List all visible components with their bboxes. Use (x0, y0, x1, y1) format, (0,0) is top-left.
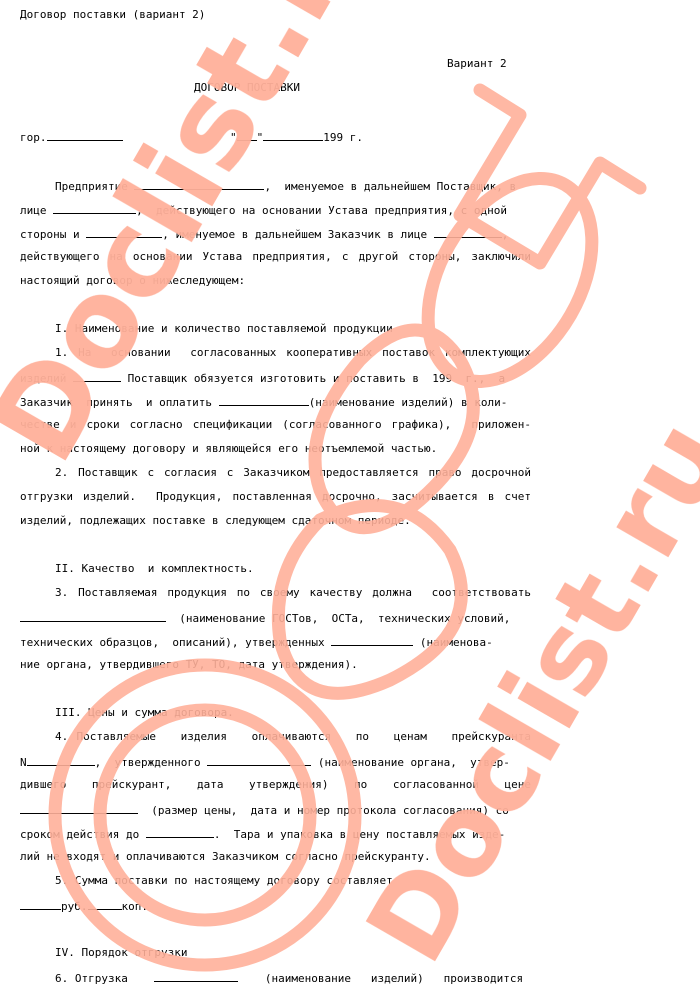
clause-2-line-3: изделий, подлежащих поставке в следующем… (20, 514, 411, 528)
preamble-line-2: лице , действующего на основании Устава … (20, 202, 531, 216)
clause-5-line-1: 5. Сумма поставки по настоящему договору… (55, 874, 393, 888)
document-heading: ДОГОВОР ПОСТАВКИ (194, 81, 300, 95)
preamble-line-5: настоящий договор о нижеследующем: (20, 274, 245, 288)
preamble-line-4: действующего на основании Устава предпри… (20, 250, 531, 264)
customer-rep-blank[interactable] (434, 226, 502, 238)
pricelist-number-blank[interactable] (27, 754, 95, 766)
supplier-name-blank[interactable] (134, 178, 264, 190)
month-blank[interactable] (263, 129, 323, 141)
clause-4-line-2: N, утвержденного (наименование органа, у… (20, 754, 531, 768)
customer-name-blank[interactable] (86, 226, 162, 238)
clause-2-line-2: отгрузки изделий. Продукция, поставленна… (20, 490, 531, 504)
clause-4-line-4: (размер цены, дата и номер протокола сог… (20, 802, 531, 816)
agreed-price-blank[interactable] (20, 802, 138, 814)
kopecks-blank[interactable] (88, 898, 122, 910)
rubles-blank[interactable] (20, 898, 61, 910)
preamble-line-1: Предприятие , именуемое в дальнейшем Пос… (55, 178, 531, 192)
clause-4-line-3: дившего прейскурант, дата утверждения) п… (20, 778, 531, 792)
shipment-items-blank[interactable] (154, 970, 238, 982)
clause-1-line-4: честве и сроки согласно спецификации (со… (20, 418, 531, 432)
items-name-blank[interactable] (219, 394, 309, 406)
clause-1-line-5: ной к настоящему договору и являющейся е… (20, 442, 437, 456)
clause-1-line-3: Заказчик принять и оплатить (наименовани… (20, 394, 531, 408)
clause-1-line-1: 1. На основании согласованных кооператив… (55, 346, 531, 360)
section-2-title: II. Качество и комплектность. (55, 562, 254, 576)
clause-3-line-1: 3. Поставляемая продукция по своему каче… (55, 586, 531, 600)
date-line: ""199 г. (230, 129, 363, 143)
clause-3-line-2: (наименование ГОСТов, ОСТа, технических … (20, 610, 531, 624)
city-date-line: гор. (20, 129, 123, 143)
file-title: Договор поставки (вариант 2) (20, 8, 205, 22)
pricelist-approver-blank[interactable] (207, 754, 311, 766)
preamble-line-3: стороны и , именуемое в дальнейшем Заказ… (20, 226, 531, 240)
section-4-title: IV. Порядок отгрузки (55, 946, 187, 960)
clause-4-line-1: 4. Поставляемые изделия оплачиваются по … (55, 730, 531, 744)
clause-3-line-4: ние органа, утвердившего ТУ, ТО, дата ут… (20, 658, 358, 672)
approver-blank[interactable] (331, 634, 413, 646)
clause-4-line-5: сроком действия до . Тара и упаковка в ц… (20, 826, 531, 840)
validity-blank[interactable] (146, 826, 214, 838)
items-blank[interactable] (73, 370, 121, 382)
section-1-title: I. Наименование и количество поставляемо… (55, 322, 393, 336)
standards-blank[interactable] (20, 610, 166, 622)
city-blank[interactable] (47, 129, 123, 141)
clause-1-line-2: изделий Поставщик обязуется изготовить и… (20, 370, 531, 384)
city-prefix: гор. (20, 131, 47, 144)
document-page: Договор поставки (вариант 2) Вариант 2 Д… (0, 0, 700, 1000)
supplier-rep-blank[interactable] (53, 202, 136, 214)
year-text: 199 г. (323, 131, 363, 144)
clause-2-line-1: 2. Поставщик с согласия с Заказчиком пре… (55, 466, 531, 480)
clause-5-line-2: руб.коп. (20, 898, 148, 912)
section-3-title: III. Цены и сумма договора. (55, 706, 234, 720)
clause-6-line-1: 6. Отгрузка (наименование изделий) произ… (55, 970, 531, 984)
clause-3-line-3: технических образцов, описаний), утвержд… (20, 634, 531, 648)
day-blank[interactable] (237, 129, 257, 141)
variant-label: Вариант 2 (447, 57, 507, 71)
clause-4-line-6: лий не входят и оплачиваются Заказчиком … (20, 850, 431, 864)
